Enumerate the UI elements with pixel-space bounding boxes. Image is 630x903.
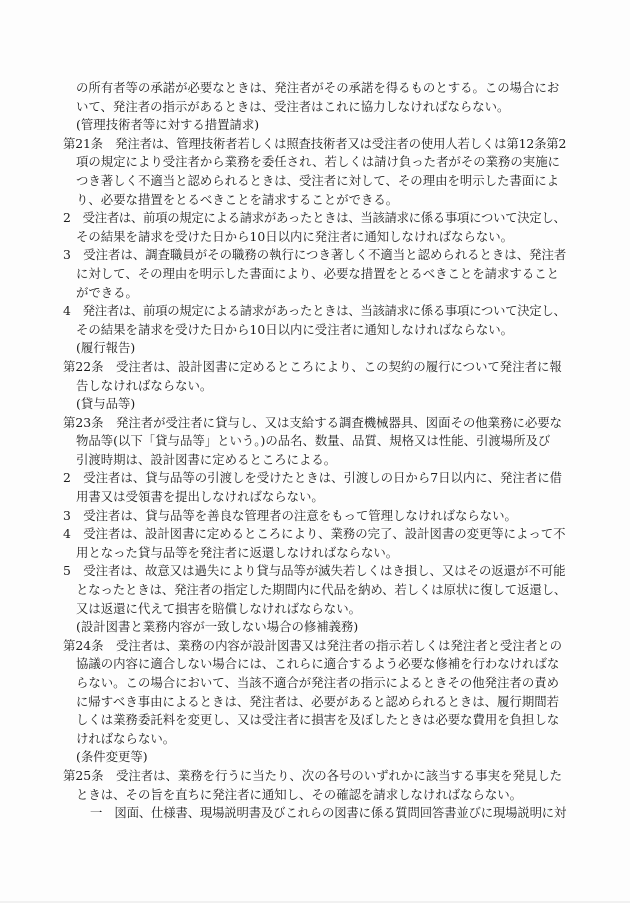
text-block: の所有者等の承諾が必要なときは、発注者がその承諾を得るものとする。この場合におい…: [63, 79, 566, 823]
text-line: 項の規定により受注者から業務を委任され、若しくは請け負った者がその業務の実施に: [76, 153, 566, 172]
text-line: 第23条 発注者が受注者に貸与し、又は支給する調査機械器具、図面その他業務に必要…: [63, 414, 566, 433]
text-line: 引渡時期は、設計図書に定めるところによる。: [76, 451, 566, 470]
document-page: の所有者等の承諾が必要なときは、発注者がその承諾を得るものとする。この場合におい…: [0, 0, 630, 903]
text-line: 4 発注者は、前項の規定による請求があったときは、当該請求に係る事項について決定…: [63, 302, 566, 321]
text-line: の所有者等の承諾が必要なときは、発注者がその承諾を得るものとする。この場合にお: [76, 79, 566, 98]
text-line: 第21条 発注者は、管理技術者若しくは照査技術者又は受注者の使用人若しくは第12…: [63, 135, 566, 154]
text-line: 5 受注者は、故意又は過失により貸与品等が滅失若しくはき損し、又はその返還が不可…: [63, 562, 566, 581]
text-line: 用書又は受領書を提出しなければならない。: [76, 488, 566, 507]
text-line: しくは業務委託料を変更し、又は受注者に損害を及ぼしたときは必要な費用を負担しな: [76, 711, 566, 730]
text-line: (貸与品等): [76, 395, 566, 414]
text-line: ができる。: [76, 284, 566, 303]
text-line: 物品等(以下「貸与品等」という。)の品名、数量、品質、規格又は性能、引渡場所及び: [76, 432, 566, 451]
text-line: (条件変更等): [76, 748, 566, 767]
text-line: いて、発注者の指示があるときは、受注者はこれに協力しなければならない。: [76, 98, 566, 117]
text-line: 第24条 受注者は、業務の内容が設計図書又は発注者の指示若しくは発注者と受注者と…: [63, 637, 566, 656]
text-line: その結果を請求を受けた日から10日以内に受注者に通知しなければならない。: [76, 321, 566, 340]
text-line: となったときは、発注者の指定した期間内に代品を納め、若しくは原状に復して返還し、: [76, 581, 566, 600]
text-line: り、必要な措置をとるべきことを請求することができる。: [76, 191, 566, 210]
text-line: に帰すべき事由によるときは、発注者は、必要があると認められるときは、履行期間若: [76, 693, 566, 712]
text-line: らない。この場合において、当該不適合が発注者の指示によるときその他発注者の責め: [76, 674, 566, 693]
text-line: に対して、その理由を明示した書面により、必要な措置をとるべきことを請求すること: [76, 265, 566, 284]
text-line: 2 受注者は、前項の規定による請求があったときは、当該請求に係る事項について決定…: [63, 209, 566, 228]
text-line: 第25条 受注者は、業務を行うに当たり、次の各号のいずれかに該当する事実を発見し…: [63, 767, 566, 786]
text-line: 用となった貸与品等を発注者に返還しなければならない。: [76, 544, 566, 563]
text-line: ときは、その旨を直ちに発注者に通知し、その確認を請求しなければならない。: [76, 786, 566, 805]
text-line: 第22条 受注者は、設計図書に定めるところにより、この契約の履行について発注者に…: [63, 358, 566, 377]
text-line: 2 受注者は、貸与品等の引渡しを受けたときは、引渡しの日から7日以内に、発注者に…: [63, 469, 566, 488]
text-line: 協議の内容に適合しない場合には、これらに適合するよう必要な修補を行わなければな: [76, 655, 566, 674]
text-line: (設計図書と業務内容が一致しない場合の修補義務): [76, 618, 566, 637]
text-line: 又は返還に代えて損害を賠償しなければならない。: [76, 600, 566, 619]
text-line: ければならない。: [76, 730, 566, 749]
text-line: 3 受注者は、調査職員がその職務の執行につき著しく不適当と認められるときは、発注…: [63, 246, 566, 265]
text-line: 4 受注者は、設計図書に定めるところにより、業務の完了、設計図書の変更等によって…: [63, 525, 566, 544]
text-line: その結果を請求を受けた日から10日以内に発注者に通知しなければならない。: [76, 228, 566, 247]
text-line: つき著しく不適当と認められるときは、受注者に対して、その理由を明示した書面によ: [76, 172, 566, 191]
text-line: (履行報告): [76, 339, 566, 358]
text-line: (管理技術者等に対する措置請求): [76, 116, 566, 135]
text-line: 告しなければならない。: [76, 377, 566, 396]
text-line: 一 図面、仕様書、現場説明書及びこれらの図書に係る質問回答書並びに現場説明に対: [90, 804, 566, 823]
text-line: 3 受注者は、貸与品等を善良な管理者の注意をもって管理しなければならない。: [63, 507, 566, 526]
